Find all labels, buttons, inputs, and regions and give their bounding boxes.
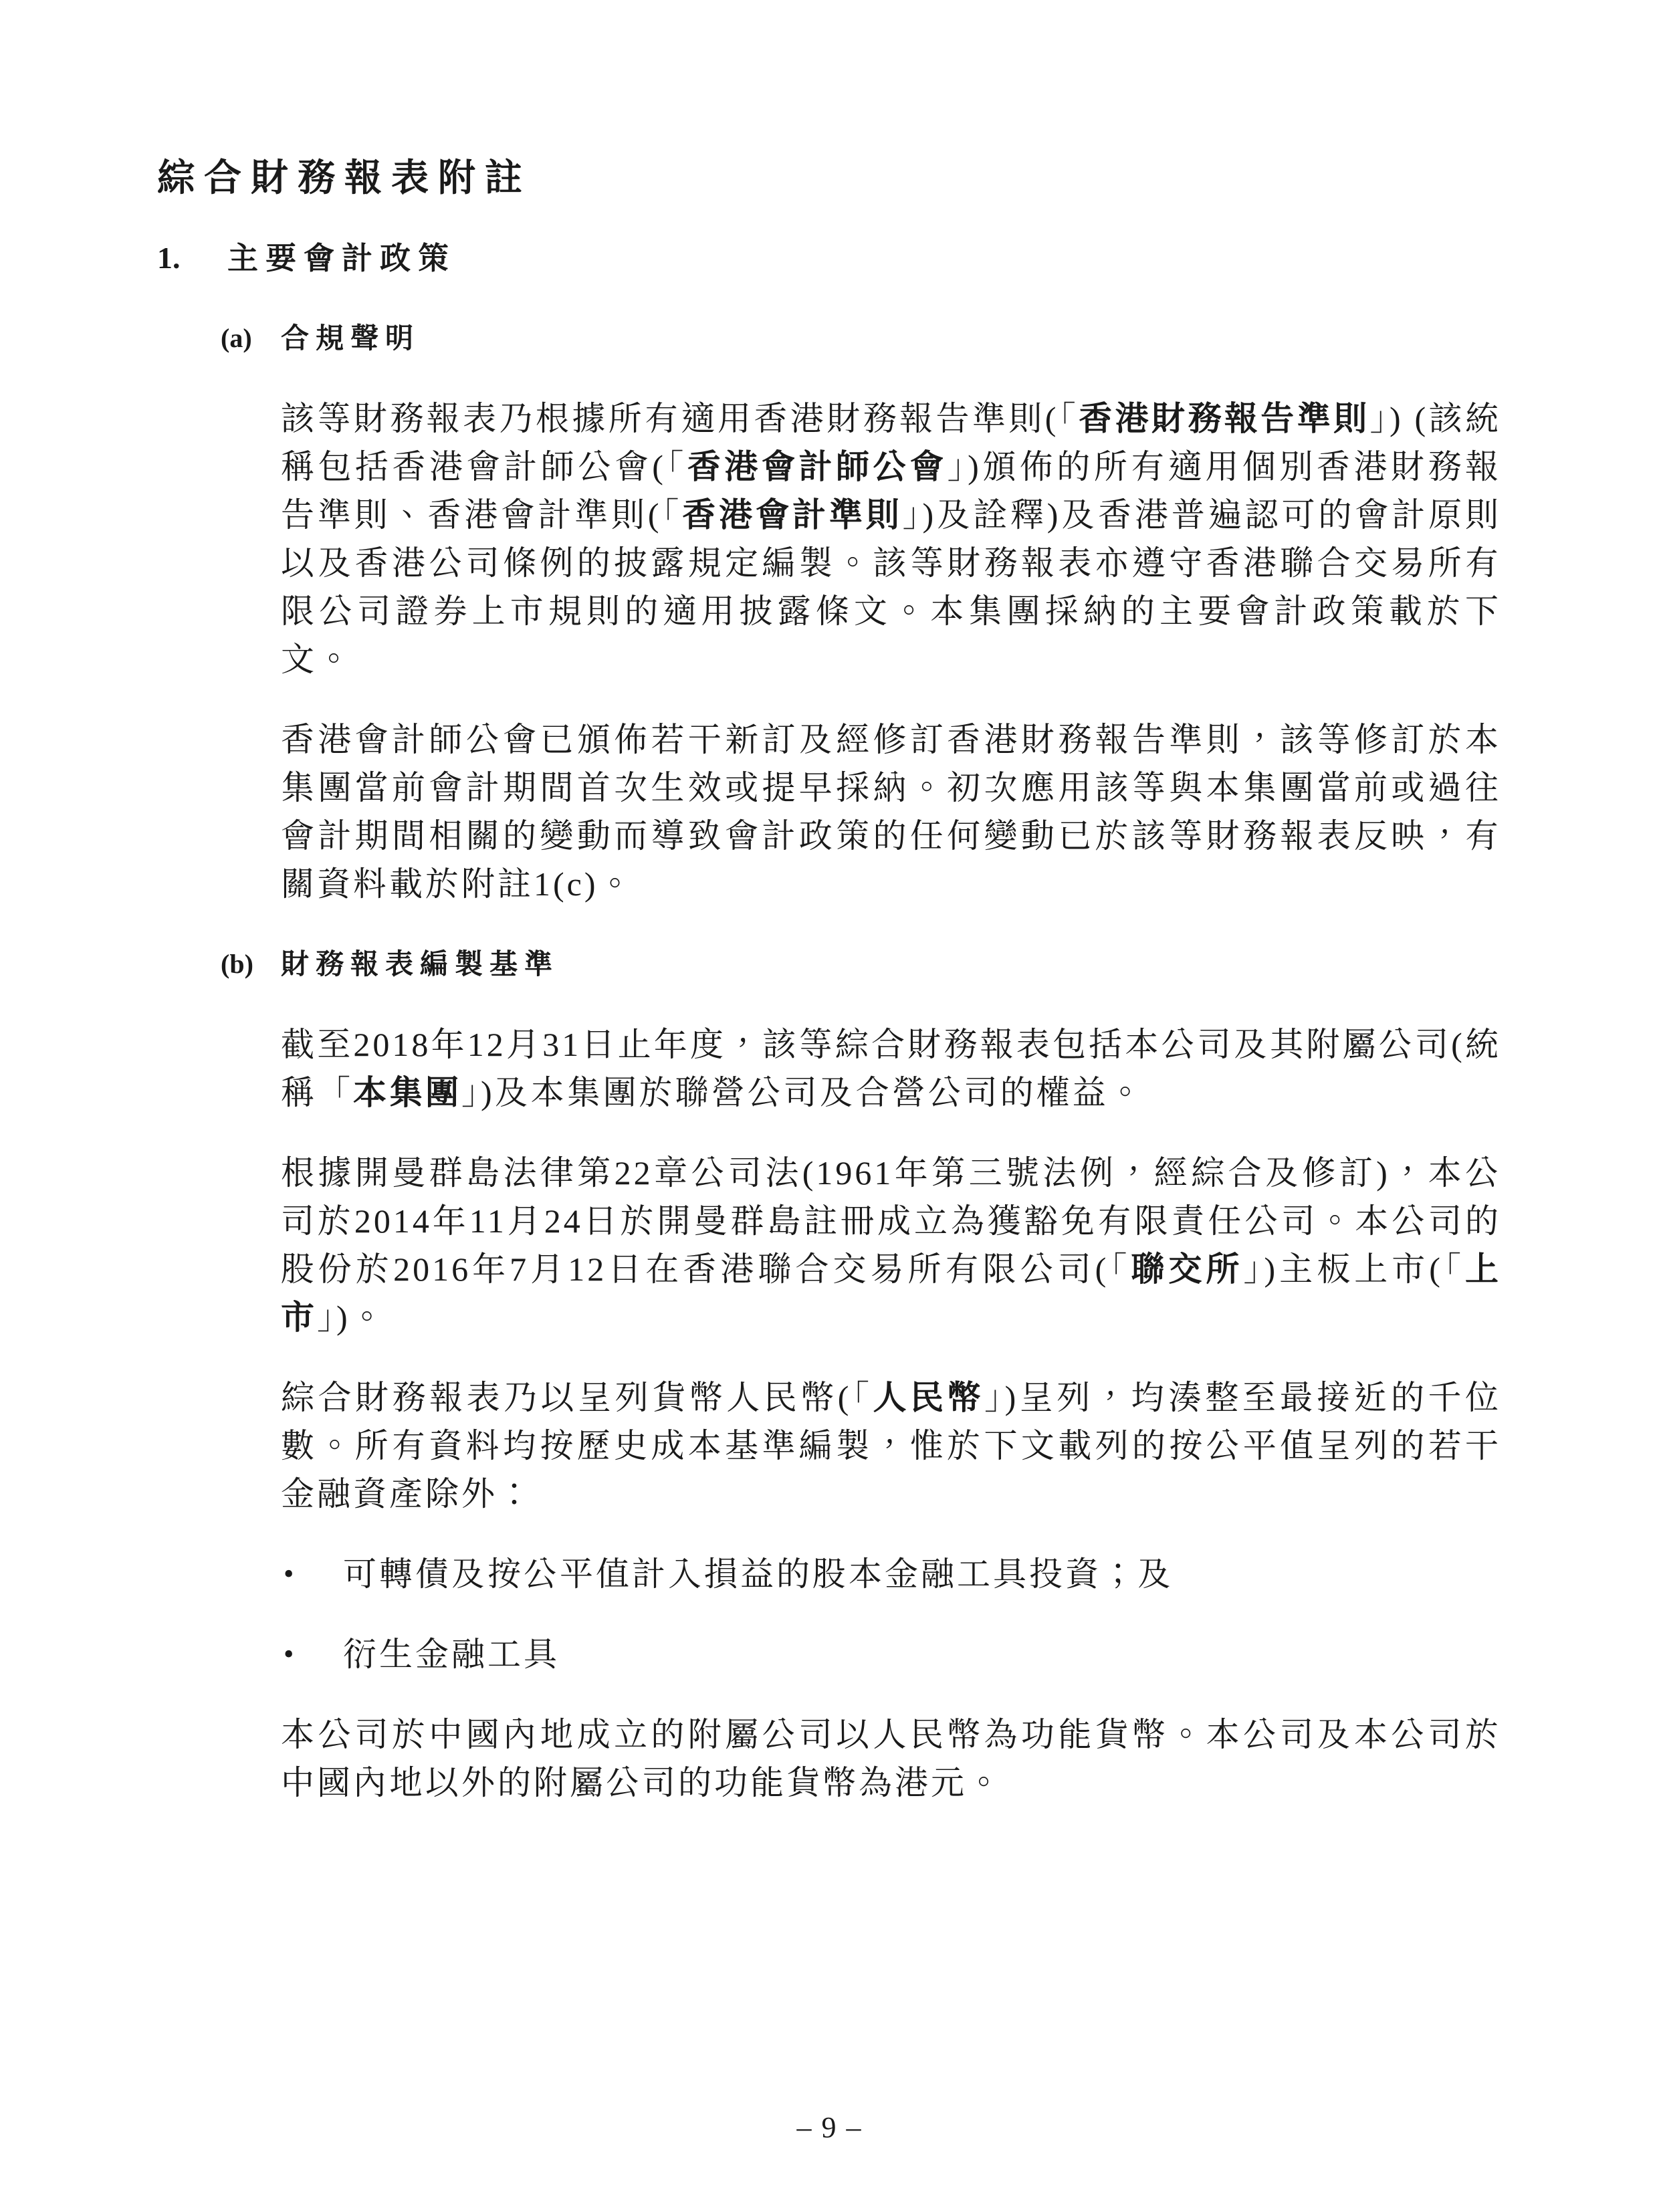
section-heading: 主要會計政策 [227,234,456,282]
text-segment: 」)及本集團於聯營公司及合營公司的權益。 [461,1074,1145,1111]
subsection-b: (b) 財務報表編製基準 截至2018年12月31日止年度，該等綜合財務報表包括… [157,940,1501,1807]
text-segment: 」)。 [317,1299,386,1336]
paragraph: 截至2018年12月31日止年度，該等綜合財務報表包括本公司及其附屬公司(統稱「… [281,1020,1501,1117]
subsection-a-marker: (a) [221,314,281,362]
page-number: – 9 – [797,2111,863,2144]
paragraph: 本公司於中國內地成立的附屬公司以人民幣為功能貨幣。本公司及本公司於中國內地以外的… [281,1710,1501,1807]
paragraph: 根據開曼群島法律第22章公司法(1961年第三號法例，經綜合及修訂)，本公司於2… [281,1149,1501,1341]
subsection-b-body: 截至2018年12月31日止年度，該等綜合財務報表包括本公司及其附屬公司(統稱「… [281,1020,1501,1807]
subsection-b-heading: 財務報表編製基準 [281,940,559,988]
list-item: • 可轉債及按公平值計入損益的股本金融工具投資；及 [281,1550,1501,1598]
text-segment: 」)主板上市(「 [1243,1250,1465,1288]
bullet-text: 可轉債及按公平值計入損益的股本金融工具投資；及 [343,1550,1501,1598]
subsection-b-heading-row: (b) 財務報表編製基準 [221,940,1501,988]
text-segment: 綜合財務報表乃以呈列貨幣人民幣(「 [281,1379,873,1416]
bullet-icon: • [281,1550,343,1598]
section-1: 1. 主要會計政策 (a) 合規聲明 該等財務報表乃根據所有適用香港財務報告準則… [157,234,1501,1807]
subsection-a-heading: 合規聲明 [281,314,420,362]
paragraph: 綜合財務報表乃以呈列貨幣人民幣(「人民幣」)呈列，均湊整至最接近的千位數。所有資… [281,1373,1501,1518]
paragraph: 香港會計師公會已頒佈若干新訂及經修訂香港財務報告準則，該等修訂於本集團當前會計期… [281,715,1501,908]
text-segment: 該等財務報表乃根據所有適用香港財務報告準則(「 [281,400,1079,437]
text-segment: 香港會計師公會已頒佈若干新訂及經修訂香港財務報告準則，該等修訂於本集團當前會計期… [281,721,1501,903]
subsection-a-body: 該等財務報表乃根據所有適用香港財務報告準則(「香港財務報告準則」) (該統稱包括… [281,395,1501,908]
page-footer: – 9 – [0,2108,1659,2148]
defined-term: 人民幣 [873,1379,985,1416]
list-item: • 衍生金融工具 [281,1630,1501,1678]
subsection-b-marker: (b) [221,940,281,988]
defined-term: 聯交所 [1131,1250,1243,1288]
section-number: 1. [157,234,227,282]
subsection-a: (a) 合規聲明 該等財務報表乃根據所有適用香港財務報告準則(「香港財務報告準則… [157,314,1501,908]
subsection-a-heading-row: (a) 合規聲明 [221,314,1501,362]
paragraph: 該等財務報表乃根據所有適用香港財務報告準則(「香港財務報告準則」) (該統稱包括… [281,395,1501,683]
document-page: 綜合財務報表附註 1. 主要會計政策 (a) 合規聲明 該等財務報表乃根據所有適… [0,0,1659,2212]
section-1-heading-row: 1. 主要會計政策 [157,234,1501,282]
bullet-icon: • [281,1630,343,1678]
text-segment: 本公司於中國內地成立的附屬公司以人民幣為功能貨幣。本公司及本公司於中國內地以外的… [281,1716,1501,1801]
defined-term: 香港會計準則 [682,496,902,534]
page-title: 綜合財務報表附註 [157,154,1501,202]
defined-term: 本集團 [353,1074,461,1111]
defined-term: 香港財務報告準則 [1079,400,1369,437]
bullet-text: 衍生金融工具 [343,1630,1501,1678]
defined-term: 香港會計師公會 [687,448,948,485]
